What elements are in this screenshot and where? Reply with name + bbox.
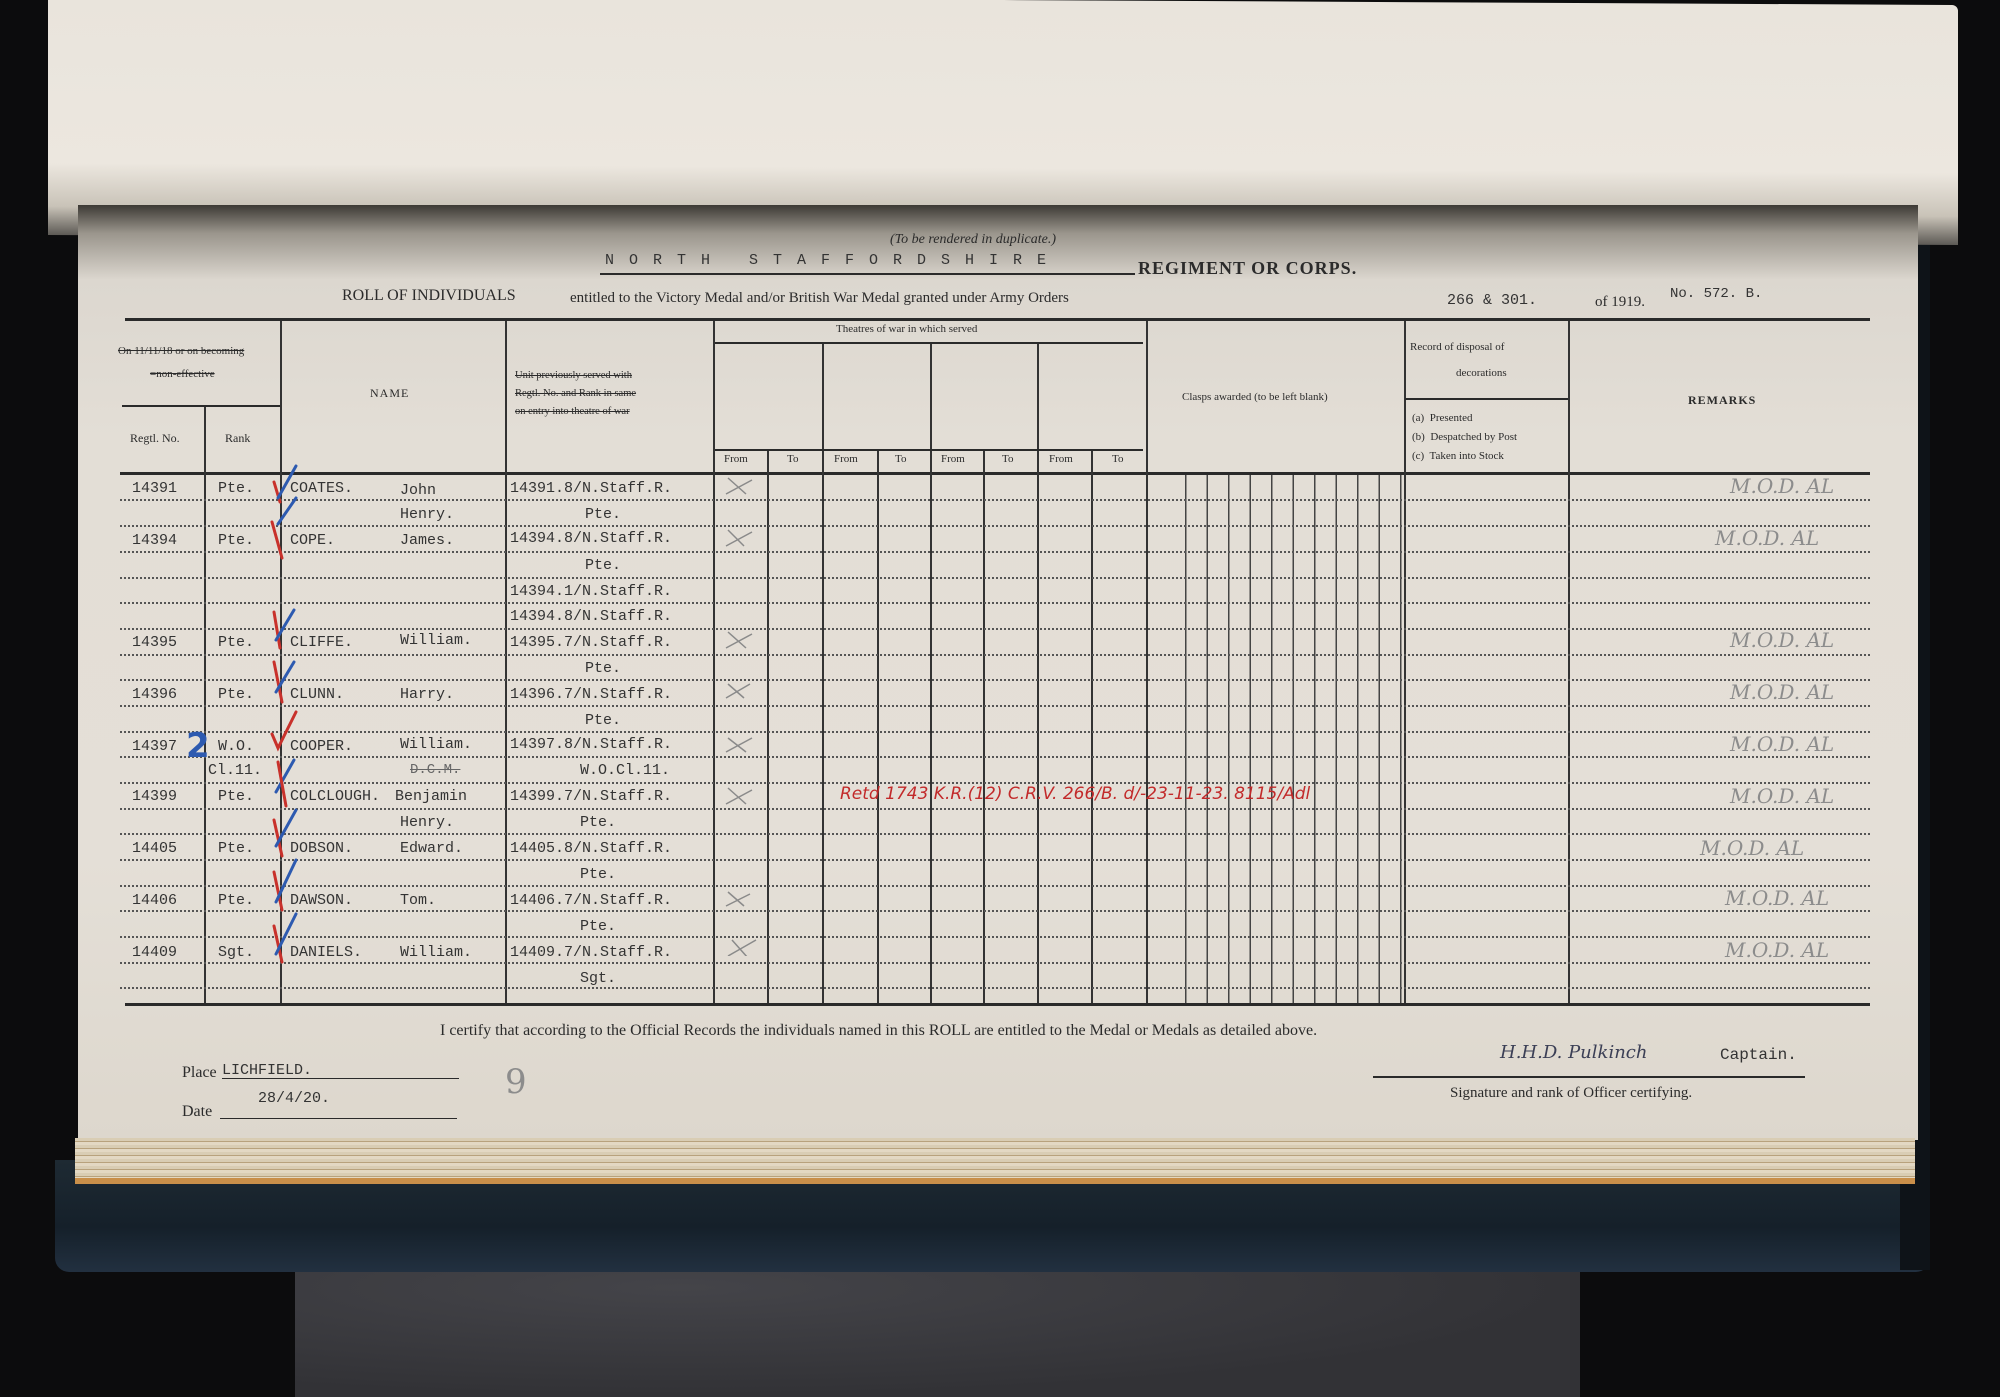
regtl-no: 14405	[132, 840, 177, 857]
tally-check-icons	[268, 462, 308, 1002]
rank: Pte.	[218, 634, 254, 651]
remark-pencil: M.O.D. AL	[1730, 732, 1834, 756]
forename: Edward.	[400, 840, 463, 857]
forename: William.	[400, 944, 472, 961]
remark-pencil: M.O.D. AL	[1700, 836, 1804, 860]
struck-unit-1: Unit previously served with	[515, 370, 632, 381]
regtl-no: 14394	[132, 532, 177, 549]
rank: Pte.	[218, 840, 254, 857]
forename: James.	[400, 532, 454, 549]
row-rule	[120, 499, 1870, 501]
row-rule	[120, 756, 1870, 758]
regiment-label: REGIMENT OR CORPS.	[1138, 258, 1357, 279]
row-rule	[120, 628, 1870, 630]
row-rule	[120, 577, 1870, 579]
rank: Pte.	[218, 788, 254, 805]
header-remarks: REMARKS	[1688, 393, 1756, 408]
header-theatres: Theatres of war in which served	[836, 323, 977, 335]
forename: D.C.M.	[410, 762, 460, 778]
row-rule	[120, 525, 1870, 527]
regiment-underline	[600, 273, 1135, 275]
rank: Cl.11.	[208, 762, 262, 779]
regtl-no: 14391	[132, 480, 177, 497]
remark-pencil: M.O.D. AL	[1725, 886, 1829, 910]
unit: Pte.	[585, 660, 621, 677]
row-rule	[120, 551, 1870, 553]
pencil-x-marks	[722, 476, 767, 961]
place-label: Place	[182, 1064, 217, 1082]
annotation-blue-2: 2	[186, 726, 210, 766]
signature-caption: Signature and rank of Officer certifying…	[1450, 1085, 1692, 1102]
struck-unit-3: on entry into theatre of war	[515, 406, 630, 417]
unit: Pte.	[585, 557, 621, 574]
officer-rank: Captain.	[1720, 1046, 1797, 1064]
year: of 1919.	[1595, 294, 1645, 311]
cross-icons	[722, 476, 767, 956]
rank: Pte.	[218, 686, 254, 703]
regtl-no: 14395	[132, 634, 177, 651]
struck-heading-2: =non-effective	[150, 368, 215, 380]
unit: Pte.	[580, 814, 616, 831]
place-value: LICHFIELD.	[222, 1062, 312, 1079]
unit: Pte.	[580, 918, 616, 935]
unit: 14391.8/N.Staff.R.	[510, 480, 672, 497]
forename: Harry.	[400, 686, 454, 703]
row-rule	[120, 859, 1870, 861]
date-label: Date	[182, 1103, 212, 1121]
forename: John	[400, 482, 436, 499]
struck-heading-1: On 11/11/18 or on becoming	[118, 345, 244, 357]
struck-unit-2: Regtl. No. and Rank in same	[515, 388, 636, 399]
header-from-4: From	[1049, 453, 1073, 465]
row-rule	[120, 705, 1870, 707]
regtl-no: 14397	[132, 738, 177, 755]
roll-table-body	[120, 475, 1870, 1005]
unit: 14399.7/N.Staff.R.	[510, 788, 672, 805]
unit: 14397.8/N.Staff.R.	[510, 736, 672, 753]
header-disposal-c: (c) Taken into Stock	[1412, 450, 1504, 462]
row-rule	[120, 731, 1870, 733]
header-disposal-1: Record of disposal of	[1410, 341, 1504, 353]
remark-pencil: M.O.D. AL	[1730, 680, 1834, 704]
header-top-rule	[125, 318, 1870, 321]
officer-signature: H.H.D. Pulkinch	[1500, 1042, 1647, 1063]
row-rule	[120, 602, 1870, 604]
header-rule	[715, 342, 1143, 344]
rank: W.O.	[218, 738, 254, 755]
header-from-2: From	[834, 453, 858, 465]
row-rule	[120, 833, 1870, 835]
forename: Henry.	[400, 814, 454, 831]
forename: Benjamin	[395, 788, 467, 805]
unit: Pte.	[580, 866, 616, 883]
check-marks-column	[268, 462, 308, 1007]
regiment-name: N O R T H S T A F F O R D S H I R E	[605, 252, 1049, 269]
unit: 14394.8/N.Staff.R.	[510, 530, 672, 547]
unit: Pte.	[585, 506, 621, 523]
army-orders: 266 & 301.	[1447, 292, 1537, 309]
margin-pencil-note: 9	[505, 1062, 527, 1102]
unit: 14409.7/N.Staff.R.	[510, 944, 672, 961]
unit: 14395.7/N.Staff.R.	[510, 634, 672, 651]
forename: Henry.	[400, 506, 454, 523]
header-disposal-b: (b) Despatched by Post	[1412, 431, 1517, 443]
header-rule	[1405, 398, 1568, 400]
header-to-3: To	[1002, 453, 1013, 465]
regtl-no: 14399	[132, 788, 177, 805]
rank: Pte.	[218, 532, 254, 549]
table-bottom-rule	[125, 1003, 1870, 1006]
remark-pencil: M.O.D. AL	[1730, 784, 1834, 808]
forename: William.	[400, 632, 472, 649]
regtl-no: 14409	[132, 944, 177, 961]
regtl-no: 14406	[132, 892, 177, 909]
header-to-1: To	[787, 453, 798, 465]
roll-number: No. 572. B.	[1670, 286, 1762, 302]
row-rule	[120, 962, 1870, 964]
header-from-3: From	[941, 453, 965, 465]
rank: Pte.	[218, 480, 254, 497]
header-name: NAME	[370, 386, 409, 401]
place-underline	[222, 1078, 459, 1079]
unit: Sgt.	[580, 970, 616, 987]
duplicate-note: (To be rendered in duplicate.)	[890, 232, 1056, 248]
date-underline	[220, 1118, 457, 1119]
signature-line	[1373, 1076, 1805, 1078]
unit: 14394.1/N.Staff.R.	[510, 583, 672, 600]
remark-pencil: M.O.D. AL	[1730, 628, 1834, 652]
header-rule	[715, 449, 1143, 451]
header-disposal-a: (a) Presented	[1412, 412, 1472, 424]
header-to-2: To	[895, 453, 906, 465]
header-regtl-no: Regtl. No.	[130, 431, 180, 446]
unit: 14405.8/N.Staff.R.	[510, 840, 672, 857]
forename: William.	[400, 736, 472, 753]
unit: 14394.8/N.Staff.R.	[510, 608, 672, 625]
row-rule	[120, 679, 1870, 681]
header-from-1: From	[724, 453, 748, 465]
row-rule	[120, 885, 1870, 887]
header-clasps: Clasps awarded (to be left blank)	[1182, 391, 1328, 403]
unit: W.O.Cl.11.	[580, 762, 670, 779]
page-edges	[75, 1138, 1915, 1184]
forename: Tom.	[400, 892, 436, 909]
rank: Pte.	[218, 892, 254, 909]
remark-pencil: M.O.D. AL	[1730, 474, 1834, 498]
header-to-4: To	[1112, 453, 1123, 465]
remark-pencil: M.O.D. AL	[1725, 938, 1829, 962]
regtl-no: 14396	[132, 686, 177, 703]
roll-title: ROLL OF INDIVIDUALS	[342, 287, 516, 305]
unit: 14396.7/N.Staff.R.	[510, 686, 672, 703]
row-rule	[120, 654, 1870, 656]
unit: Pte.	[585, 712, 621, 729]
row-rule	[120, 808, 1870, 810]
certification-text: I certify that according to the Official…	[440, 1022, 1317, 1040]
red-handwritten-note: Retd 1743 K.R.(12) C.R.V. 266/B. d/-23-1…	[840, 784, 1310, 804]
header-rule	[122, 405, 280, 407]
date-value: 28/4/20.	[258, 1090, 330, 1107]
unit: 14406.7/N.Staff.R.	[510, 892, 672, 909]
header-disposal-2: decorations	[1456, 367, 1507, 379]
roll-title-rest: entitled to the Victory Medal and/or Bri…	[570, 290, 1069, 307]
rank: Sgt.	[218, 944, 254, 961]
row-rule	[120, 987, 1870, 989]
remark-pencil: M.O.D. AL	[1715, 526, 1819, 550]
header-rank: Rank	[225, 431, 250, 446]
row-rule	[120, 910, 1870, 912]
row-rule	[120, 936, 1870, 938]
